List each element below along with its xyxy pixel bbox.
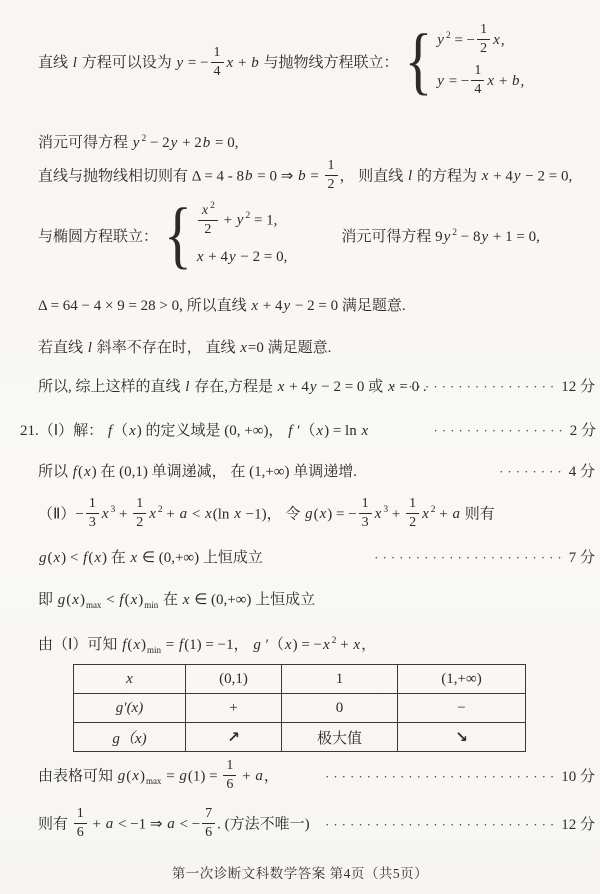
- math-var: y: [481, 229, 490, 245]
- math-line-05: Δ = 64 − 4 × 9 = 28 > 0, 所以直线 x + 4y − 2…: [38, 295, 406, 317]
- math-var: x: [93, 550, 102, 566]
- frac-denominator: 4: [471, 81, 484, 97]
- table-cell: 极大值: [282, 723, 398, 752]
- increase-arrow-icon: ↗: [227, 728, 240, 746]
- math-var: x: [131, 768, 140, 784]
- table-row-g: g（x) ↗ 极大值 ↘: [74, 723, 526, 752]
- text-run: < −1 ⇒: [114, 816, 166, 832]
- system-row: y = −14x + b,: [436, 65, 524, 99]
- math-var: x: [360, 423, 369, 439]
- system-row: y2 = −12x,: [436, 24, 524, 58]
- text-run: ) <: [61, 550, 82, 566]
- text-run: (: [314, 506, 319, 522]
- math-var: x: [315, 423, 324, 439]
- frac-numerator: 1: [86, 496, 99, 514]
- text-run: (ln: [213, 506, 233, 522]
- text-run: ) = −: [327, 506, 356, 522]
- text-run: 在: [159, 592, 182, 608]
- text-run: ，: [361, 637, 376, 653]
- math-line-08: 21.（Ⅰ）解： f（x) 的定义域是 (0, +∞)， f ′（x) = ln…: [20, 420, 596, 442]
- leader-dots: ····························: [325, 817, 558, 832]
- math-var: g: [38, 550, 48, 566]
- math-var: x: [226, 55, 235, 71]
- math-var: a: [254, 768, 264, 784]
- text-run: ) 的定义域是 (0, +∞)，: [137, 423, 287, 439]
- table-cell: x: [74, 665, 186, 694]
- math-line-02: 消元可得方程 y2 − 2y + 2b = 0,: [38, 128, 239, 154]
- math-var: x: [322, 637, 331, 653]
- frac-denominator: 2: [325, 176, 338, 192]
- table-cell: g（x): [74, 723, 186, 752]
- fraction: 12: [325, 158, 338, 192]
- leader-dots: ····························: [325, 769, 558, 784]
- score-label: 12 分: [561, 817, 595, 833]
- frac-denominator: 6: [202, 824, 215, 840]
- math-var: x: [129, 550, 138, 566]
- text-run: 与抛物线方程联立：: [260, 55, 399, 71]
- text-run: = −: [451, 32, 475, 48]
- math-var: g: [57, 592, 67, 608]
- frac-numerator: 1: [359, 496, 372, 514]
- math-var: x: [233, 506, 242, 522]
- page-footer: 第一次诊断文科数学答案 第4页（共5页）: [0, 862, 600, 882]
- text-run: −1)， 令: [242, 506, 304, 522]
- text-run: ) 在 (0,1) 单调递减， 在 (1,+∞) 单调递增.: [92, 464, 357, 480]
- fraction: 13: [359, 496, 372, 530]
- text-run: 所以: [38, 464, 72, 480]
- subscript: min: [143, 600, 159, 610]
- table-value: (1,+∞): [441, 671, 481, 687]
- fraction: 14: [211, 45, 224, 79]
- text-run: . (方法不唯一): [217, 816, 310, 832]
- text-run: − 2 = 0 或: [318, 379, 387, 395]
- math-var: y: [436, 32, 445, 48]
- text-run: +: [220, 212, 236, 228]
- frac-numerator: 1: [406, 496, 419, 514]
- math-var: x: [53, 550, 62, 566]
- text-run: + 4: [489, 168, 512, 184]
- math-var: y: [175, 55, 184, 71]
- text-run: + 4: [205, 249, 228, 265]
- fraction: 13: [86, 496, 99, 530]
- text-run: 则有: [461, 506, 495, 522]
- text-run: +: [336, 637, 352, 653]
- text-run: (1) =: [188, 768, 221, 784]
- table-value: −: [457, 700, 465, 716]
- frac-denominator: 2: [406, 514, 419, 530]
- text-run: (: [125, 592, 130, 608]
- math-var: x: [128, 423, 137, 439]
- math-var: a: [166, 816, 176, 832]
- dot-leader: ····························12 分: [325, 814, 595, 836]
- math-var: y: [228, 249, 237, 265]
- text-run: ) = ln: [324, 423, 360, 439]
- text-run: (1) = −1，: [184, 637, 252, 653]
- fraction: 16: [223, 758, 236, 792]
- text-run: =: [162, 637, 178, 653]
- math-var: x: [71, 592, 80, 608]
- problem-number: 21.（Ⅰ）解：: [20, 423, 107, 439]
- text-run: +: [115, 506, 131, 522]
- system-rows: x22 + y2 = 1,x + 4y − 2 = 0,: [196, 203, 287, 268]
- dot-leader: ····························10 分: [325, 766, 595, 788]
- frac-numerator: 7: [202, 806, 215, 824]
- text-run: = 0,: [211, 135, 238, 151]
- system-row: x22 + y2 = 1,: [196, 203, 287, 239]
- score-label: 12 分: [561, 379, 595, 395]
- text-run: + 4: [259, 298, 282, 314]
- text-run: （: [113, 423, 128, 439]
- math-var: g: [117, 768, 127, 784]
- text-run: 方程可以设为: [78, 55, 176, 71]
- table-cell: +: [186, 694, 282, 723]
- text-run: ， 则直线: [340, 168, 408, 184]
- math-var: y: [443, 229, 452, 245]
- text-run: +: [163, 506, 179, 522]
- math-var: y: [309, 379, 318, 395]
- text-run: +: [89, 816, 105, 832]
- frac-numerator: 1: [325, 158, 338, 176]
- text-run: （Ⅱ）−: [38, 506, 84, 522]
- text-run: ′（: [293, 423, 315, 439]
- score-label: 4 分: [569, 464, 595, 480]
- table-row-x: x (0,1) 1 (1,+∞): [74, 665, 526, 694]
- text-run: =0 满足题意.: [248, 340, 331, 356]
- text-run: − 2 = 0,: [237, 249, 288, 265]
- text-run: +: [238, 768, 254, 784]
- table-cell: −: [398, 694, 526, 723]
- table-cell: 1: [282, 665, 398, 694]
- frac-denominator: 4: [211, 63, 224, 79]
- text-run: 若直线: [38, 340, 87, 356]
- text-run: + 4: [285, 379, 308, 395]
- table-label: g′(x): [115, 700, 144, 716]
- text-run: − 2: [146, 135, 169, 151]
- math-var: b: [250, 55, 260, 71]
- text-run: 消元可得方程: [38, 135, 132, 151]
- text-run: < −: [176, 816, 200, 832]
- math-var: a: [179, 506, 189, 522]
- text-run: 即: [38, 592, 57, 608]
- table-value: (0,1): [219, 671, 248, 687]
- fraction: 12: [477, 22, 490, 56]
- frac-numerator: 1: [223, 758, 236, 776]
- dot-leader: ················2 分: [433, 420, 596, 442]
- math-var: y: [283, 298, 292, 314]
- text-run: − 8: [457, 229, 480, 245]
- math-var: x: [130, 592, 139, 608]
- text-run: 由表格可知: [38, 768, 117, 784]
- text-run: (: [48, 550, 53, 566]
- frac-numerator: 1: [471, 63, 484, 81]
- superscript: 2: [209, 201, 215, 211]
- frac-numerator: 1: [74, 806, 87, 824]
- math-var: x: [201, 203, 209, 218]
- leader-dots: ····················: [392, 379, 559, 394]
- frac-numerator: 1: [133, 496, 146, 514]
- math-line-07: 所以, 综上这样的直线 l 存在,方程是 x + 4y − 2 = 0 或 x …: [38, 376, 595, 398]
- text-run: 直线: [38, 55, 72, 71]
- fraction: 12: [406, 496, 419, 530]
- table-label: g（x): [111, 731, 147, 747]
- frac-numerator: 1: [211, 45, 224, 63]
- fraction: x22: [198, 201, 218, 237]
- math-var: x: [250, 298, 259, 314]
- leader-dots: ················: [433, 423, 566, 438]
- decrease-arrow-icon: ↘: [455, 728, 468, 746]
- math-var: y: [436, 73, 445, 89]
- fraction: 12: [133, 496, 146, 530]
- leader-dots: ·······················: [374, 550, 566, 565]
- math-line-06: 若直线 l 斜率不存在时， 直线 x=0 满足题意.: [38, 337, 331, 359]
- table-cell: ↗: [186, 723, 282, 752]
- fraction: 14: [471, 63, 484, 97]
- math-var: x: [83, 464, 92, 480]
- math-var: g: [178, 768, 188, 784]
- math-line-10: （Ⅱ）−13x3 + 12x2 + a < x(ln x −1)， 令 g(x)…: [38, 498, 495, 532]
- text-run: <: [188, 506, 204, 522]
- math-var: b: [511, 73, 521, 89]
- math-var: g: [304, 506, 314, 522]
- text-run: +: [495, 73, 511, 89]
- text-run: ，: [264, 768, 279, 784]
- text-run: 斜率不存在时， 直线: [93, 340, 239, 356]
- text-run: = −: [445, 73, 469, 89]
- system-row: x + 4y − 2 = 0,: [196, 246, 287, 268]
- text-run: =: [162, 768, 178, 784]
- math-var: x: [486, 73, 495, 89]
- score-label: 10 分: [561, 769, 595, 785]
- frac-denominator: 6: [223, 776, 236, 792]
- text-run: 则有: [38, 816, 72, 832]
- math-var: x: [319, 506, 328, 522]
- math-var: x: [132, 637, 141, 653]
- leader-dots: ········: [499, 464, 566, 479]
- left-brace-symbol: {: [164, 202, 192, 270]
- text-run: ∈ (0,+∞) 上恒成立: [138, 550, 263, 566]
- text-run: 存在,方程是: [190, 379, 276, 395]
- text-run: ,: [521, 73, 525, 89]
- frac-numerator: x2: [198, 201, 218, 221]
- table-row-g-prime: g′(x) + 0 −: [74, 694, 526, 723]
- frac-denominator: 2: [198, 221, 218, 237]
- math-var: b: [297, 168, 307, 184]
- text-run: − 2 = 0 满足题意.: [291, 298, 405, 314]
- table-value: 1: [336, 671, 344, 687]
- math-line-09: 所以 f(x) 在 (0,1) 单调递减， 在 (1,+∞) 单调递增. ···…: [38, 461, 595, 483]
- frac-denominator: 2: [477, 40, 490, 56]
- monotonicity-table: x (0,1) 1 (1,+∞) g′(x) + 0 − g（x) ↗ 极大值 …: [73, 664, 526, 752]
- text-run: +: [234, 55, 250, 71]
- math-var: x: [204, 506, 213, 522]
- text-run: ) = −: [293, 637, 322, 653]
- score-label: 2 分: [570, 423, 596, 439]
- table-cell: (0,1): [186, 665, 282, 694]
- math-line-11: g(x) < f(x) 在 x ∈ (0,+∞) 上恒成立 ··········…: [38, 547, 595, 569]
- table-value: 极大值: [317, 731, 362, 747]
- math-var: x: [148, 506, 157, 522]
- subscript: max: [85, 600, 103, 610]
- math-var: b: [202, 135, 212, 151]
- frac-numerator: 1: [477, 22, 490, 40]
- math-var: a: [451, 506, 461, 522]
- text-run: 直线与抛物线相切则有 Δ = 4 - 8: [38, 168, 244, 184]
- text-run: + 2: [178, 135, 201, 151]
- math-var: g: [252, 637, 262, 653]
- subscript: min: [146, 645, 162, 655]
- math-var: a: [105, 816, 115, 832]
- math-line-13: 由（Ⅰ）可知 f(x)min = f(1) = −1， g ′（x) = −x2…: [38, 630, 376, 661]
- subscript: max: [145, 776, 163, 786]
- frac-denominator: 3: [359, 514, 372, 530]
- text-run: 与椭圆方程联立：: [38, 229, 158, 245]
- dot-leader: ····················12 分: [392, 376, 595, 398]
- table-cell: 0: [282, 694, 398, 723]
- text-run: Δ = 64 − 4 × 9 = 28 > 0, 所以直线: [38, 298, 250, 314]
- equation-system-ellipse: {x22 + y2 = 1,x + 4y − 2 = 0,: [164, 203, 287, 268]
- text-run: +: [435, 506, 451, 522]
- text-run: ) 在: [102, 550, 130, 566]
- math-line-12: 即 g(x)max < f(x)min 在 x ∈ (0,+∞) 上恒成立: [38, 589, 315, 616]
- frac-denominator: 6: [74, 824, 87, 840]
- text-run: 消元可得方程 9: [341, 229, 442, 245]
- text-run: +: [388, 506, 404, 522]
- table-value: 0: [336, 700, 344, 716]
- table-cell: g′(x): [74, 694, 186, 723]
- frac-denominator: 3: [86, 514, 99, 530]
- text-run: ,: [501, 32, 505, 48]
- fraction: 76: [202, 806, 215, 840]
- math-var: x: [421, 506, 430, 522]
- math-line-14: 由表格可知 g(x)max = g(1) = 16 + a， ·········…: [38, 760, 595, 794]
- system-rows: y2 = −12x,y = −14x + b,: [436, 24, 524, 99]
- math-var: x: [352, 637, 361, 653]
- fraction: 16: [74, 806, 87, 840]
- text-run: 所以, 综上这样的直线: [38, 379, 184, 395]
- score-label: 7 分: [569, 550, 595, 566]
- scanned-answer-page: 直线 l 方程可以设为 y = −14x + b 与抛物线方程联立：{y2 = …: [0, 0, 600, 894]
- math-line-01: 直线 l 方程可以设为 y = −14x + b 与抛物线方程联立：{y2 = …: [38, 26, 526, 101]
- dot-leader: ········4 分: [499, 461, 595, 483]
- math-line-03: 直线与抛物线相切则有 Δ = 4 - 8b = 0 ⇒ b = 12， 则直线 …: [38, 160, 572, 194]
- math-var: x: [239, 340, 248, 356]
- text-run: ′（: [262, 637, 284, 653]
- table-value: +: [229, 700, 237, 716]
- math-var: x: [196, 249, 205, 265]
- text-run: 的方程为: [413, 168, 481, 184]
- left-brace-symbol: {: [404, 28, 432, 96]
- math-var: y: [513, 168, 522, 184]
- frac-denominator: 2: [133, 514, 146, 530]
- math-line-15: 则有 16 + a < −1 ⇒ a < −76. (方法不唯一) ······…: [38, 808, 595, 842]
- text-run: = 0 ⇒: [254, 168, 298, 184]
- text-run: = 1,: [250, 212, 277, 228]
- text-run: − 2 = 0,: [522, 168, 573, 184]
- math-var: x: [101, 506, 110, 522]
- text-run: <: [102, 592, 118, 608]
- table-cell: (1,+∞): [398, 665, 526, 694]
- math-var: x: [284, 637, 293, 653]
- math-var: b: [244, 168, 254, 184]
- text-run: 由（Ⅰ）可知: [38, 637, 121, 653]
- equation-system-parabola: {y2 = −12x,y = −14x + b,: [404, 24, 524, 99]
- table-cell: ↘: [398, 723, 526, 752]
- text-run: + 1 = 0,: [489, 229, 540, 245]
- math-line-04: 与椭圆方程联立：{x22 + y2 = 1,x + 4y − 2 = 0,消元可…: [38, 205, 540, 270]
- table-label: x: [125, 671, 134, 687]
- text-run: = −: [184, 55, 208, 71]
- text-run: ∈ (0,+∞) 上恒成立: [190, 592, 315, 608]
- text-run: =: [307, 168, 323, 184]
- dot-leader: ·······················7 分: [374, 547, 595, 569]
